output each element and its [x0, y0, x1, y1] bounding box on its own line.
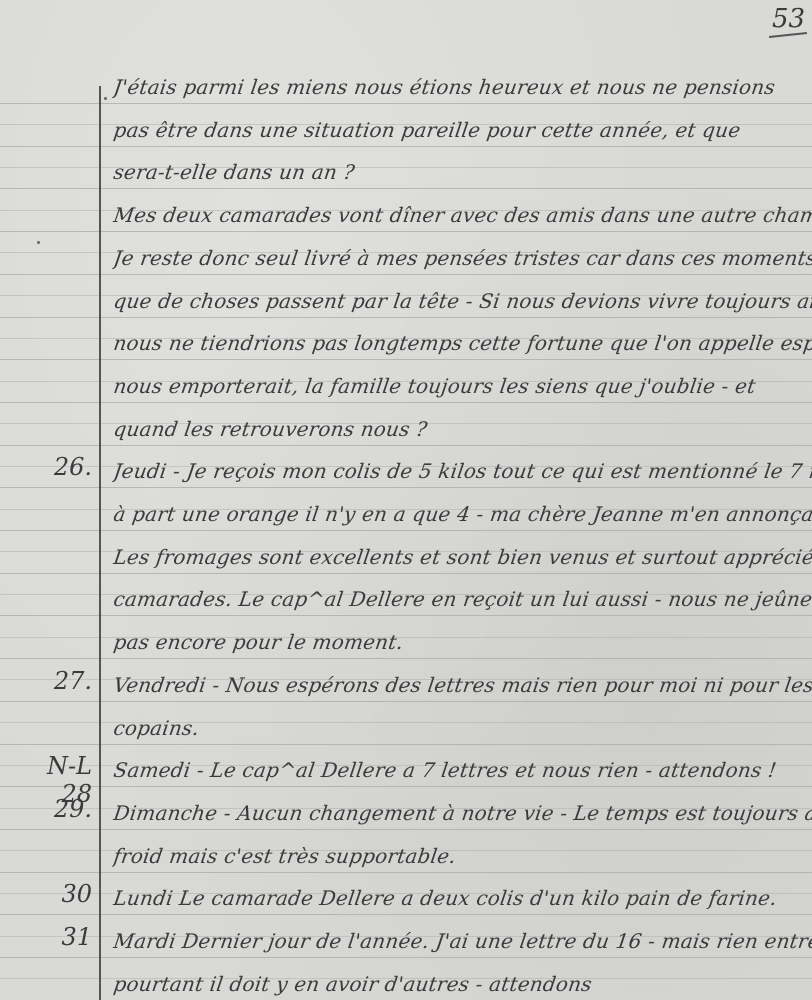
line-text: - Le cap^al Dellere a 7 lettres et nous … [189, 758, 778, 782]
line-text: à part une orange il n'y en a que 4 - ma… [112, 502, 812, 526]
entry-date: 30 [12, 880, 92, 908]
handwritten-line: nous ne tiendrions pas longtemps cette f… [112, 331, 812, 355]
weekday-label: Vendredi [112, 673, 208, 697]
line-text: pas encore pour le moment. [112, 630, 405, 654]
ruled-line [0, 317, 812, 318]
ruled-line [0, 103, 812, 104]
handwritten-line: Dimanche - Aucun changement à notre vie … [112, 801, 812, 825]
entry-date: 31 [12, 923, 92, 951]
line-text: Les fromages sont excellents et sont bie… [112, 545, 812, 569]
handwritten-line: quand les retrouverons nous ? [112, 417, 812, 441]
ruled-line [0, 487, 812, 488]
handwritten-line: sera-t-elle dans un an ? [112, 160, 812, 184]
handwritten-line: Mes deux camarades vont dîner avec des a… [112, 203, 812, 227]
page-number: 53 [772, 4, 805, 34]
weekday-label: Lundi [112, 886, 175, 910]
line-text: Je reste donc seul livré à mes pensées t… [112, 246, 812, 270]
handwritten-line: camarades. Le cap^al Dellere en reçoit u… [112, 587, 812, 611]
entry-date: 27. [12, 667, 92, 695]
line-text: pas être dans une situation pareille pou… [112, 118, 742, 142]
handwritten-line: Je reste donc seul livré à mes pensées t… [112, 246, 812, 270]
handwritten-line: pas encore pour le moment. [112, 630, 812, 654]
line-text: - Je reçois mon colis de 5 kilos tout ce… [165, 459, 812, 483]
line-text: J'étais parmi les miens nous étions heur… [112, 75, 777, 99]
line-text: Dernier jour de l'année. J'ai une lettre… [174, 929, 812, 953]
diary-page: 53 J'étais parmi les miens nous étions h… [0, 0, 812, 1000]
handwritten-line: que de choses passent par la tête - Si n… [112, 289, 812, 313]
entry-date: 29. [12, 795, 92, 823]
weekday-label: Dimanche [112, 801, 219, 825]
ruled-line [0, 957, 812, 958]
line-text: Mes deux camarades vont dîner avec des a… [112, 203, 812, 227]
line-text: quand les retrouverons nous ? [112, 417, 429, 441]
handwritten-line: pourtant il doit y en avoir d'autres - a… [112, 972, 812, 996]
ruled-line [0, 231, 812, 232]
handwritten-line: Jeudi - Je reçois mon colis de 5 kilos t… [112, 459, 812, 483]
ruled-line [0, 872, 812, 873]
ruled-line [0, 573, 812, 574]
ruled-line [0, 829, 812, 830]
ruled-line [0, 914, 812, 915]
handwritten-line: nous emporterait, la famille toujours le… [112, 374, 812, 398]
ruled-line [0, 402, 812, 403]
ruled-line [0, 786, 812, 787]
ink-speck [37, 241, 40, 244]
weekday-label: Jeudi [112, 459, 168, 483]
handwritten-line: J'étais parmi les miens nous étions heur… [112, 75, 812, 99]
ruled-line [0, 445, 812, 446]
weekday-label: Mardi [112, 929, 178, 953]
margin-line [99, 86, 101, 1000]
line-text: - Aucun changement à notre vie - Le temp… [216, 801, 812, 825]
ruled-line [0, 701, 812, 702]
ruled-line [0, 744, 812, 745]
ruled-line [0, 146, 812, 147]
line-text: - Nous espérons des lettres mais rien po… [204, 673, 812, 697]
line-text: sera-t-elle dans un an ? [112, 160, 356, 184]
ruled-line [0, 188, 812, 189]
handwritten-line: froid mais c'est très supportable. [112, 844, 812, 868]
handwritten-line: Les fromages sont excellents et sont bie… [112, 545, 812, 569]
ruled-line [0, 615, 812, 616]
handwritten-line: Samedi - Le cap^al Dellere a 7 lettres e… [112, 758, 812, 782]
line-text: que de choses passent par la tête - Si n… [112, 289, 812, 313]
ruled-line [0, 530, 812, 531]
line-text: copains. [112, 716, 201, 740]
line-text: Le camarade Dellere a deux colis d'un ki… [171, 886, 778, 910]
ink-speck [104, 97, 107, 100]
line-text: pourtant il doit y en avoir d'autres - a… [112, 972, 594, 996]
ruled-line [0, 658, 812, 659]
line-text: camarades. Le cap^al Dellere en reçoit u… [112, 587, 812, 611]
ruled-line [0, 359, 812, 360]
handwritten-line: Mardi Dernier jour de l'année. J'ai une … [112, 929, 812, 953]
handwritten-line: pas être dans une situation pareille pou… [112, 118, 812, 142]
ruled-line [0, 274, 812, 275]
handwritten-line: à part une orange il n'y en a que 4 - ma… [112, 502, 812, 526]
handwritten-line: Lundi Le camarade Dellere a deux colis d… [112, 886, 812, 910]
weekday-label: Samedi [112, 758, 192, 782]
entry-date: 26. [12, 453, 92, 481]
handwritten-line: copains. [112, 716, 812, 740]
handwritten-line: Vendredi - Nous espérons des lettres mai… [112, 673, 812, 697]
line-text: froid mais c'est très supportable. [112, 844, 458, 868]
line-text: nous ne tiendrions pas longtemps cette f… [112, 331, 812, 355]
line-text: nous emporterait, la famille toujours le… [112, 374, 757, 398]
